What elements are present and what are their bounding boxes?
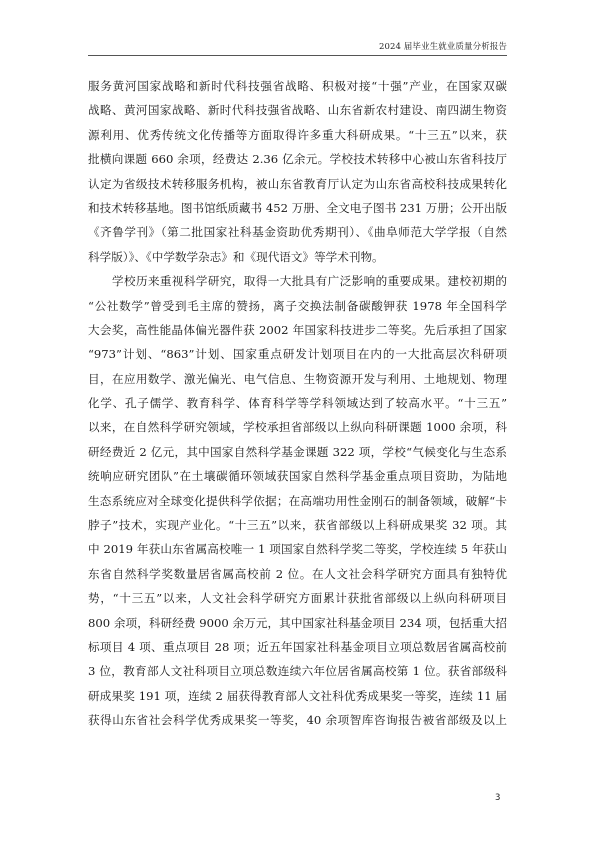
text-line: 以来，在自然科学研究领域，学校承担省部级以上纵向科研课题 1000 余项，科 xyxy=(88,415,507,439)
text-line: 服务黄河国家战略和新时代科技强省战略、积极对接“十强”产业，在国家双碳 xyxy=(88,74,507,98)
text-line: 脖子”技术，实现产业化。“十三五”以来，获省部级以上科研成果奖 32 项。其 xyxy=(88,513,507,537)
text-line: 东省自然科学奖数量居省属高校前 2 位。在人文社会科学研究方面具有独特优 xyxy=(88,562,507,586)
page-header: 2024 届毕业生就业质量分析报告 xyxy=(88,38,507,56)
text-line: 统响应研究团队”在土壤碳循环领域获国家自然科学基金重点项目资助，为陆地 xyxy=(88,464,507,488)
text-line: 获得山东省社会科学优秀成果奖一等奖，40 余项智库咨询报告被省部级及以上 xyxy=(88,708,507,732)
text-line: “973”计划、“863”计划、国家重点研发计划项目在内的一大批高层次科研项 xyxy=(88,342,507,366)
text-line: 认定为省级技术转移服务机构，被山东省教育厅认定为山东省高校科技成果转化 xyxy=(88,172,507,196)
text-line: 800 余项，科研经费 9000 余万元，其中国家社科基金项目 234 项，包括… xyxy=(88,611,507,635)
text-line: 学校历来重视科学研究，取得一大批具有广泛影响的重要成果。建校初期的 xyxy=(88,269,507,293)
document-body: 服务黄河国家战略和新时代科技强省战略、积极对接“十强”产业，在国家双碳 战略、黄… xyxy=(88,74,507,733)
text-line: 科学版）》、《中学数学杂志》和《现代语文》等学术刊物。 xyxy=(88,245,507,269)
paragraph-scientific-research: 学校历来重视科学研究，取得一大批具有广泛影响的重要成果。建校初期的 “公社数学”… xyxy=(88,269,507,732)
text-line: 《齐鲁学刊》（第二批国家社科基金资助优秀期刊）、《曲阜师范大学学报（自然 xyxy=(88,220,507,244)
text-line: “公社数学”曾受到毛主席的赞扬，离子交换法制备碳酸钾获 1978 年全国科学 xyxy=(88,294,507,318)
text-line: 中 2019 年获山东省属高校唯一 1 项国家自然科学奖二等奖，学校连续 5 年… xyxy=(88,537,507,561)
report-title: 2024 届毕业生就业质量分析报告 xyxy=(379,40,507,52)
text-line: 研经费近 2 亿元，其中国家自然科学基金课题 322 项，学校“气候变化与生态系 xyxy=(88,440,507,464)
text-line: 研成果奖 191 项，连续 2 届获得教育部人文社科优秀成果奖一等奖，连续 11… xyxy=(88,684,507,708)
text-line: 批横向课题 660 余项，经费达 2.36 亿余元。学校技术转移中心被山东省科技… xyxy=(88,147,507,171)
paragraph-research-achievements-intro: 服务黄河国家战略和新时代科技强省战略、积极对接“十强”产业，在国家双碳 战略、黄… xyxy=(88,74,507,269)
text-line: 目，在应用数学、激光偏光、电气信息、生物资源开发与利用、土地规划、物理 xyxy=(88,367,507,391)
page-number: 3 xyxy=(495,793,500,803)
text-line: 生态系统应对全球变化提供科学依据；在高端功用性金刚石的制备领域，破解“卡 xyxy=(88,489,507,513)
text-line: 势，“十三五”以来，人文社会科学研究方面累计获批省部级以上纵向科研项目 xyxy=(88,586,507,610)
text-line: 化学、孔子儒学、教育科学、体育科学等学科领域达到了较高水平。“十三五” xyxy=(88,391,507,415)
text-line: 和技术转移基地。图书馆纸质藏书 452 万册、全文电子图书 231 万册；公开出… xyxy=(88,196,507,220)
text-line: 战略、黄河国家战略、新时代科技强省战略、山东省新农村建设、南四湖生物资 xyxy=(88,98,507,122)
text-line: 标项目 4 项、重点项目 28 项；近五年国家社科基金项目立项总数居省属高校前 xyxy=(88,635,507,659)
text-line: 3 位，教育部人文社科项目立项总数连续六年位居省属高校第 1 位。获省部级科 xyxy=(88,659,507,683)
text-line: 源利用、优秀传统文化传播等方面取得许多重大科研成果。“十三五”以来，获 xyxy=(88,123,507,147)
text-line: 大会奖，高性能晶体偏光器件获 2002 年国家科技进步二等奖。先后承担了国家 xyxy=(88,318,507,342)
